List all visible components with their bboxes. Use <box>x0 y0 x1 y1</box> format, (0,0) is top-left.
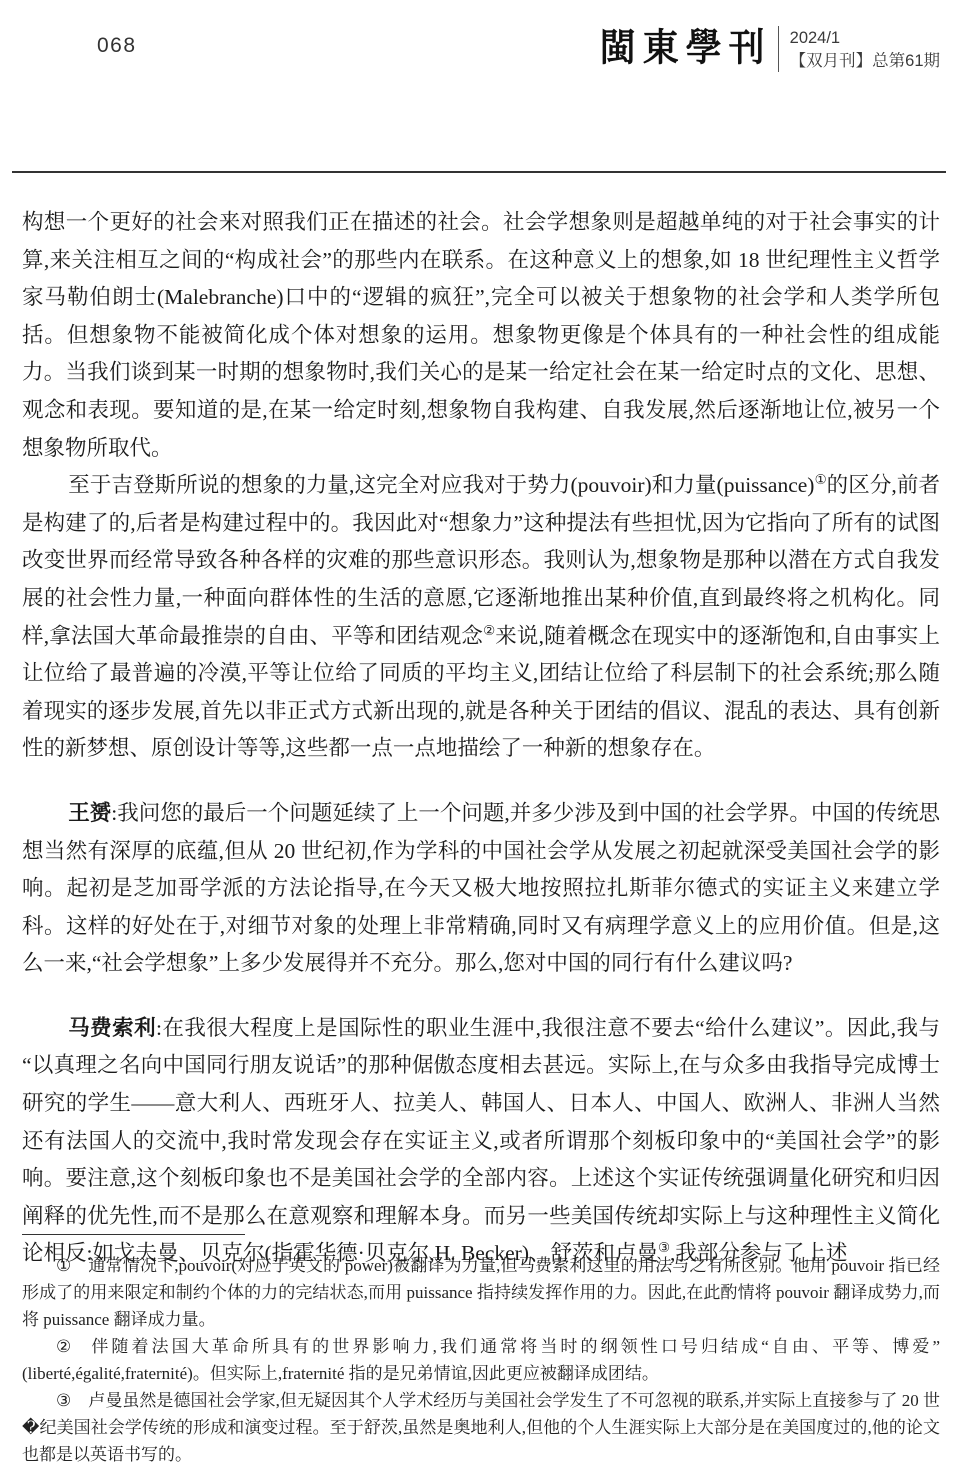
footnote-ref: ① <box>814 472 826 487</box>
body-paragraph: 王赟:我问您的最后一个问题延续了上一个问题,并多少涉及到中国的社会学界。中国的传… <box>22 795 940 983</box>
footnote-mark: ① <box>56 1256 71 1275</box>
footnote: ②伴随着法国大革命所具有的世界影响力,我们通常将当时的纲领性口号归结成“自由、平… <box>22 1333 940 1387</box>
speaker-name: 马费索利 <box>68 1016 156 1040</box>
body-paragraph: 构想一个更好的社会来对照我们正在描述的社会。社会学想象则是超越单纯的对于社会事实… <box>22 204 940 467</box>
journal-page: 068 閩東學刊 2024/1 【双月刊】总第61期 构想一个更好的社会来对照我… <box>0 0 958 1476</box>
footnote-mark: ③ <box>56 1391 71 1410</box>
masthead: 閩東學刊 2024/1 【双月刊】总第61期 <box>600 24 940 73</box>
header-rule <box>12 171 946 173</box>
body-paragraph: 至于吉登斯所说的想象的力量,这完全对应我对于势力(pouvoir)和力量(pui… <box>22 467 940 768</box>
issue-date: 2024/1 <box>790 27 940 50</box>
footnote-mark: ② <box>56 1337 74 1356</box>
page-number: 068 <box>97 34 137 58</box>
footnote: ①通常情况下,pouvoir(对应于英文的 power)被翻译为力量,但马费索利… <box>22 1252 940 1333</box>
masthead-divider <box>778 26 779 72</box>
issue-info: 2024/1 【双月刊】总第61期 <box>790 24 940 73</box>
footnote-ref: ② <box>483 622 495 637</box>
issue-number: 【双月刊】总第61期 <box>790 50 940 73</box>
footnote: ③卢曼虽然是德国社会学家,但无疑因其个人学术经历与美国社会学发生了不可忽视的联系… <box>22 1387 940 1468</box>
journal-title: 閩東學刊 <box>600 23 772 73</box>
article-body: 构想一个更好的社会来对照我们正在描述的社会。社会学想象则是超越单纯的对于社会事实… <box>22 204 940 1273</box>
article-paragraphs: 构想一个更好的社会来对照我们正在描述的社会。社会学想象则是超越单纯的对于社会事实… <box>22 204 940 1273</box>
footnote-separator <box>22 1234 245 1235</box>
speaker-name: 王赟 <box>68 801 111 825</box>
footnotes: ①通常情况下,pouvoir(对应于英文的 power)被翻译为力量,但马费索利… <box>22 1252 940 1468</box>
